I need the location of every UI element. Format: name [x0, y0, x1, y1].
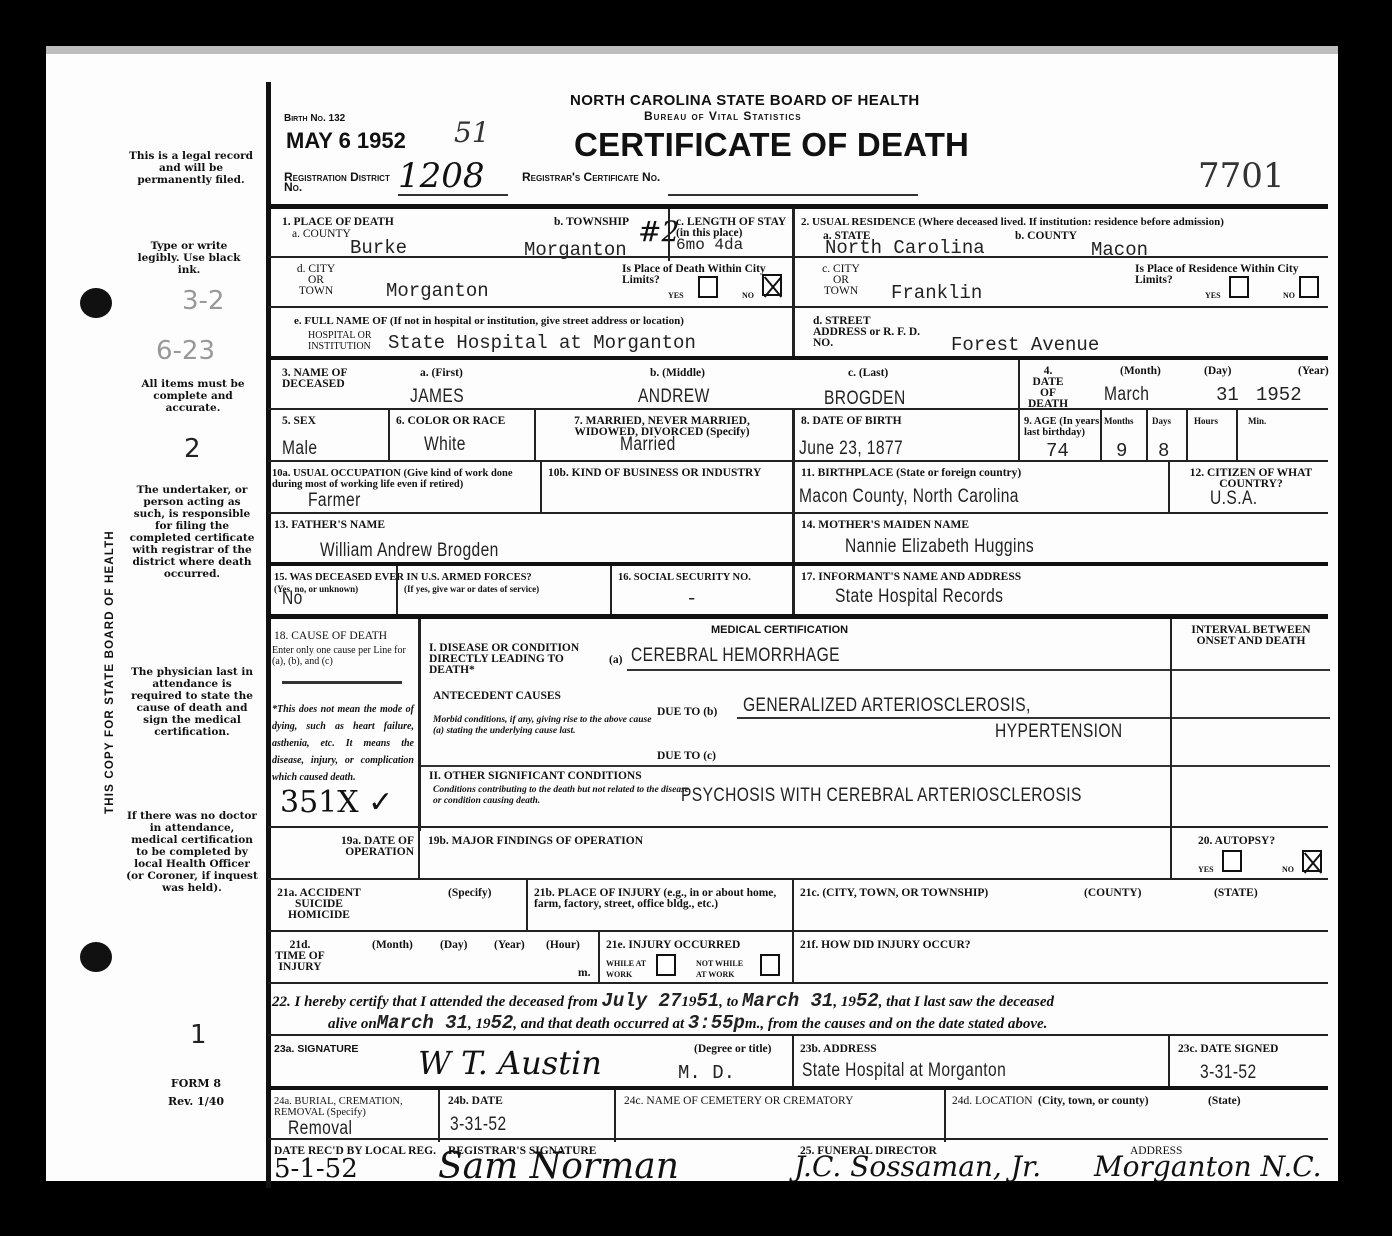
- note-legal-record: This is a legal record and will be perma…: [126, 150, 256, 186]
- mother-maiden-name: Nannie Elizabeth Huggins: [845, 536, 1034, 558]
- autopsy-no-checkbox[interactable]: [1302, 850, 1322, 872]
- age-months: 9: [1116, 440, 1127, 462]
- sidebar-instructions: This is a legal record and will be perma…: [46, 54, 268, 1181]
- pencil-mark: 2: [184, 434, 201, 464]
- informant: State Hospital Records: [835, 586, 1003, 608]
- death-year: 1952: [1256, 384, 1302, 406]
- birth-no-label: Birth No. 132: [284, 114, 345, 124]
- row-medical-certification: 18. CAUSE OF DEATH Enter only one cause …: [268, 614, 1328, 831]
- residence-city: Franklin: [891, 282, 982, 304]
- disposition-date: 3-31-52: [450, 1114, 507, 1136]
- citizenship: U.S.A.: [1210, 488, 1257, 510]
- stamp-annotation: 51: [454, 116, 490, 149]
- age-years: 74: [1046, 440, 1069, 462]
- cause-code-annotation: 351X ✓: [280, 785, 393, 820]
- death-certificate: This is a legal record and will be perma…: [46, 46, 1338, 1181]
- first-name: JAMES: [410, 386, 464, 408]
- physician-degree: M. D.: [678, 1062, 735, 1084]
- row-physician-certification: 22. I hereby certify that I attended the…: [268, 982, 1328, 1036]
- institution-name: State Hospital at Morganton: [388, 332, 696, 354]
- row-parents: 13. FATHER'S NAME William Andrew Brogden…: [268, 512, 1328, 564]
- row-name: 3. NAME OF DECEASED a. (First) JAMES b. …: [268, 356, 1328, 412]
- funeral-director: J.C. Sossaman, Jr.: [794, 1150, 1041, 1183]
- date-of-birth: June 23, 1877: [799, 438, 903, 460]
- vertical-copy-label: THIS COPY FOR STATE BOARD OF HEALTH: [104, 530, 116, 814]
- received-stamp: MAY 6 1952: [286, 128, 406, 154]
- injury-not-at-work-checkbox[interactable]: [760, 954, 780, 976]
- registration-district-no: 1208: [398, 156, 485, 196]
- death-month: March: [1104, 384, 1149, 406]
- certificate-number: 7701: [1198, 156, 1285, 196]
- autopsy-yes-checkbox[interactable]: [1222, 850, 1242, 872]
- residence-street: Forest Avenue: [951, 334, 1099, 356]
- time-of-death: 3:55p: [688, 1012, 745, 1034]
- death-within-city-no-checkbox[interactable]: [762, 274, 782, 296]
- physician-signature: W T. Austin: [418, 1044, 602, 1082]
- note-undertaker: The undertaker, or person acting as such…: [126, 484, 258, 580]
- last-seen-alive: March 31: [377, 1012, 468, 1034]
- bureau-name: Bureau of Vital Statistics: [644, 109, 802, 123]
- note-type-legibly: Type or write legibly. Use black ink.: [134, 240, 244, 276]
- punch-hole: [80, 288, 112, 318]
- pencil-mark: 1: [190, 1020, 207, 1050]
- row-signature: 23a. SIGNATURE W T. Austin (Degree or ti…: [268, 1034, 1328, 1088]
- marital-status: Married: [620, 434, 676, 456]
- father-name: William Andrew Brogden: [320, 540, 499, 562]
- row-informant: 15. WAS DECEASED EVER IN U.S. ARMED FORC…: [268, 562, 1328, 618]
- row-injury-time: 21d. TIME OF INJURY (Month) (Day) (Year)…: [268, 930, 1328, 984]
- injury-at-work-checkbox[interactable]: [656, 954, 676, 976]
- funeral-director-address: Morganton N.C.: [1094, 1150, 1322, 1183]
- pencil-mark: 6-23: [156, 336, 215, 366]
- row-city: d. CITY OR TOWN Morganton Is Place of De…: [268, 256, 1328, 308]
- note-physician: The physician last in attendance is requ…: [126, 666, 258, 738]
- page-title: CERTIFICATE OF DEATH: [574, 126, 969, 164]
- form-number: FORM 8: [156, 1078, 236, 1090]
- date-signed: 3-31-52: [1200, 1062, 1257, 1084]
- cause-line-b2: HYPERTENSION: [995, 721, 1123, 743]
- row-place-of-death: 1. PLACE OF DEATH a. COUNTY Burke b. TOW…: [268, 204, 1328, 261]
- death-within-city-yes-checkbox[interactable]: [698, 276, 718, 298]
- race: White: [424, 434, 466, 456]
- middle-name: ANDREW: [638, 386, 710, 408]
- punch-hole: [80, 942, 112, 972]
- other-conditions: PSYCHOSIS WITH CEREBRAL ARTERIOSCLEROSIS: [681, 785, 1082, 807]
- cause-line-a: CEREBRAL HEMORRHAGE: [631, 645, 840, 667]
- row-burial: 24a. BURIAL, CREMATION, REMOVAL (Specify…: [268, 1086, 1328, 1142]
- residence-within-city-no-checkbox[interactable]: [1299, 276, 1319, 298]
- death-city: Morganton: [386, 280, 489, 302]
- form-revision: Rev. 1/40: [156, 1096, 236, 1108]
- pencil-mark: 3-2: [182, 286, 224, 316]
- length-of-stay: 6mo 4da: [676, 236, 743, 254]
- row-demographics: 5. SEX Male 6. COLOR OR RACE White 7. MA…: [268, 408, 1328, 462]
- note-complete-accurate: All items must be complete and accurate.: [128, 378, 258, 414]
- occupation: Farmer: [308, 490, 361, 512]
- last-name: BROGDEN: [824, 388, 906, 410]
- date-received: 5-1-52: [274, 1154, 358, 1184]
- row-injury: 21a. ACCIDENT SUICIDE HOMICIDE (Specify)…: [268, 878, 1328, 932]
- disposition: Removal: [288, 1118, 352, 1140]
- social-security-no: -: [686, 588, 697, 610]
- sex: Male: [282, 438, 317, 460]
- birthplace: Macon County, North Carolina: [799, 486, 1019, 508]
- attended-to: March 31: [742, 990, 833, 1012]
- registrar-certificate-label: Registrar's Certificate No.: [522, 172, 672, 182]
- armed-forces: No: [282, 588, 303, 610]
- row-occupation: 10a. USUAL OCCUPATION (Give kind of work…: [268, 460, 1328, 514]
- note-no-doctor: If there was no doctor in attendance, me…: [126, 810, 258, 894]
- row-operation: 19a. DATE OF OPERATION 19b. MAJOR FINDIN…: [268, 826, 1328, 880]
- board-name: NORTH CAROLINA STATE BOARD OF HEALTH: [570, 92, 920, 109]
- attended-from: July 27: [602, 990, 682, 1012]
- age-days: 8: [1158, 440, 1169, 462]
- row-institution: e. FULL NAME OF (If not in hospital or i…: [268, 306, 1328, 358]
- death-day: 31: [1216, 384, 1239, 406]
- row-registrar: DATE REC'D BY LOCAL REG. 5-1-52 REGISTRA…: [268, 1138, 1328, 1190]
- residence-within-city-yes-checkbox[interactable]: [1229, 276, 1249, 298]
- form-body: Birth No. 132 MAY 6 1952 51 Registration…: [268, 54, 1338, 1181]
- registrar-signature: Sam Norman: [438, 1146, 679, 1187]
- physician-address: State Hospital at Morganton: [802, 1060, 1006, 1082]
- registration-district-label: Registration District No.: [284, 172, 404, 192]
- cause-line-b: GENERALIZED ARTERIOSCLEROSIS,: [743, 695, 1031, 717]
